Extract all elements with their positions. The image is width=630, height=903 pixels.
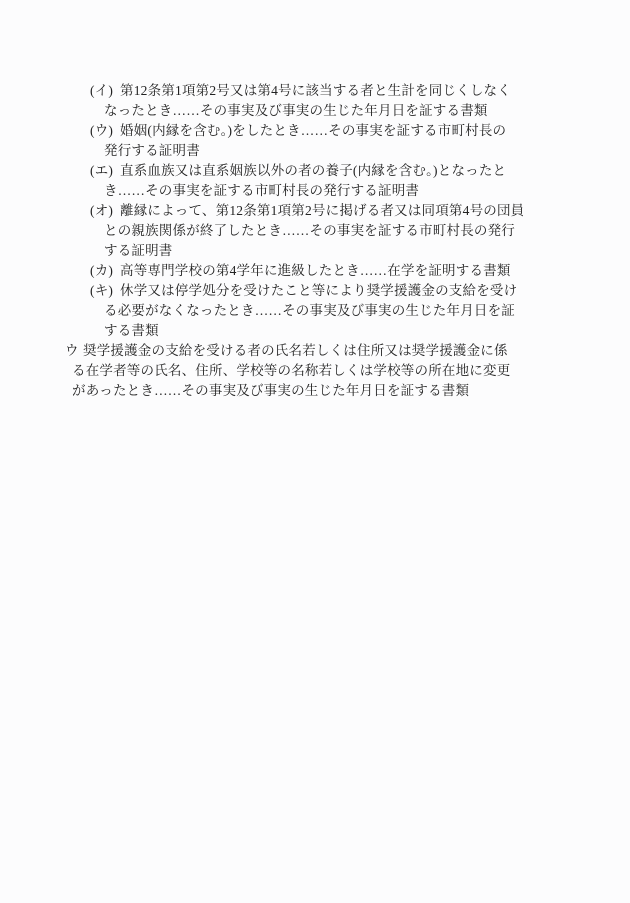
list-item-wu-line-3: があったとき……その事実及び事実の生じた年月日を証する書類 xyxy=(0,381,630,401)
item-text: 第12条第1項第2号又は第4号に該当する者と生計を同じくしなく xyxy=(120,83,511,98)
list-item-e-line-2: き……その事実を証する市町村長の発行する証明書 xyxy=(0,181,630,201)
list-item-wu-line-1: ウ奨学援護金の支給を受ける者の氏名若しくは住所又は奨学援護金に係 xyxy=(0,341,630,361)
list-item-ki-line-1: (キ)休学又は停学処分を受けたこと等により奨学援護金の支給を受け xyxy=(0,281,630,301)
list-item-ki-line-2: る必要がなくなったとき……その事実及び事実の生じた年月日を証 xyxy=(0,301,630,321)
item-marker-o: (オ) xyxy=(90,201,120,221)
list-item-ki-line-3: する書類 xyxy=(0,321,630,341)
list-item-o-line-3: する証明書 xyxy=(0,241,630,261)
list-item-ka-line-1: (カ)高等専門学校の第4学年に進級したとき……在学を証明する書類 xyxy=(0,261,630,281)
list-item-wu-line-2: る在学者等の氏名、住所、学校等の名称若しくは学校等の所在地に変更 xyxy=(0,361,630,381)
item-text: 婚姻(内縁を含む。)をしたとき……その事実を証する市町村長の xyxy=(120,123,506,138)
list-item-u-line-2: 発行する証明書 xyxy=(0,141,630,161)
item-text: 高等専門学校の第4学年に進級したとき……在学を証明する書類 xyxy=(120,263,511,278)
document-text-block: (イ)第12条第1項第2号又は第4号に該当する者と生計を同じくしなく なったとき… xyxy=(0,81,630,401)
list-item-i-line-1: (イ)第12条第1項第2号又は第4号に該当する者と生計を同じくしなく xyxy=(0,81,630,101)
list-item-u-line-1: (ウ)婚姻(内縁を含む。)をしたとき……その事実を証する市町村長の xyxy=(0,121,630,141)
item-text: 休学又は停学処分を受けたこと等により奨学援護金の支給を受け xyxy=(120,283,517,298)
item-marker-ki: (キ) xyxy=(90,281,120,301)
list-item-e-line-1: (エ)直系血族又は直系姻族以外の者の養子(内縁を含む。)となったと xyxy=(0,161,630,181)
item-marker-wu: ウ xyxy=(65,341,83,361)
item-marker-e: (エ) xyxy=(90,161,120,181)
item-marker-u: (ウ) xyxy=(90,121,120,141)
list-item-o-line-2: との親族関係が終了したとき……その事実を証する市町村長の発行 xyxy=(0,221,630,241)
document-page: (イ)第12条第1項第2号又は第4号に該当する者と生計を同じくしなく なったとき… xyxy=(0,0,630,903)
item-text: 奨学援護金の支給を受ける者の氏名若しくは住所又は奨学援護金に係 xyxy=(83,343,508,358)
item-marker-ka: (カ) xyxy=(90,261,120,281)
list-item-i-line-2: なったとき……その事実及び事実の生じた年月日を証する書類 xyxy=(0,101,630,121)
item-marker-i: (イ) xyxy=(90,81,120,101)
list-item-o-line-1: (オ)離縁によって、第12条第1項第2号に掲げる者又は同項第4号の団員 xyxy=(0,201,630,221)
item-text: 直系血族又は直系姻族以外の者の養子(内縁を含む。)となったと xyxy=(120,163,506,178)
item-text: 離縁によって、第12条第1項第2号に掲げる者又は同項第4号の団員 xyxy=(120,203,524,218)
